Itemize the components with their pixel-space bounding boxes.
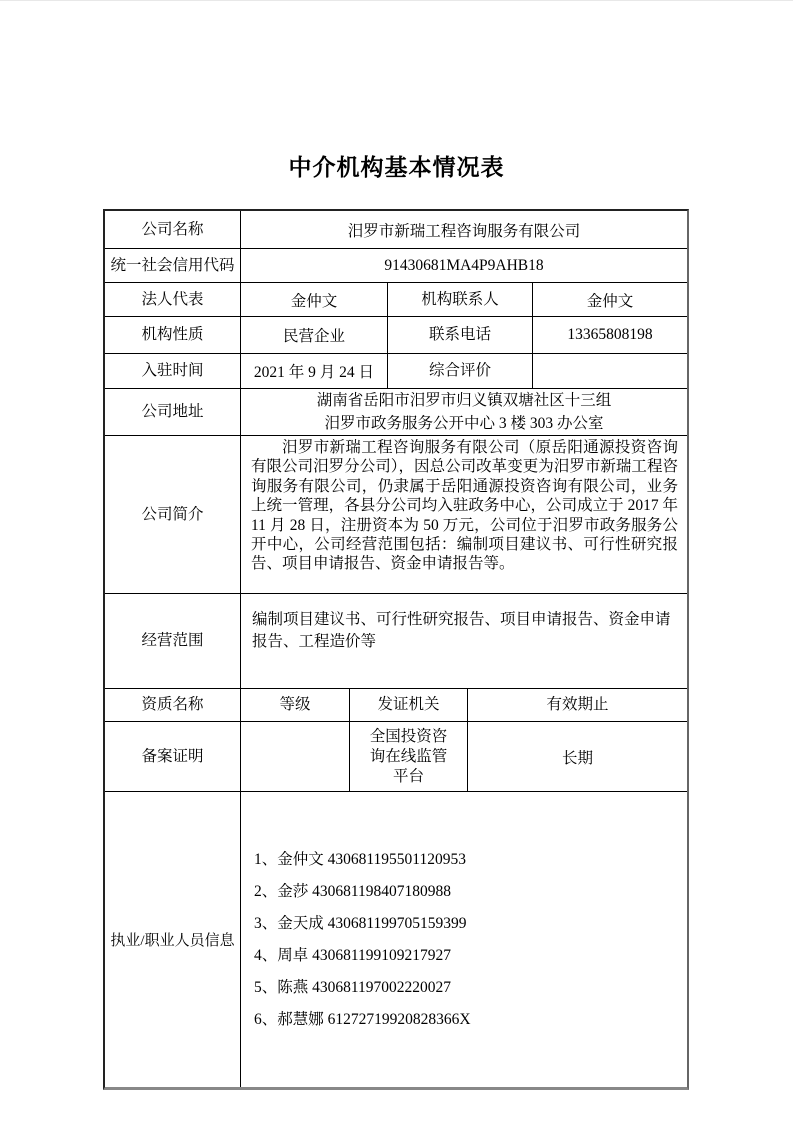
credit-code-label: 统一社会信用代码	[105, 249, 240, 282]
phone-label: 联系电话	[387, 317, 532, 353]
document-page: 中介机构基本情况表 公司名称 汨罗市新瑞工程咨询服务有限公司 统一社会信用代码 …	[0, 0, 793, 1122]
legal-rep-label: 法人代表	[105, 283, 240, 316]
company-name-value: 汨罗市新瑞工程咨询服务有限公司	[240, 211, 687, 248]
table-row-org-nature: 机构性质 民营企业 联系电话 13365808198	[105, 316, 687, 353]
entry-date-value: 2021 年 9 月 24 日	[240, 354, 387, 388]
record-cert-level	[240, 722, 349, 791]
table-row-company-name: 公司名称 汨罗市新瑞工程咨询服务有限公司	[105, 211, 687, 248]
entry-date-label: 入驻时间	[105, 354, 240, 388]
business-scope-label: 经营范围	[105, 594, 240, 688]
credit-code-value: 91430681MA4P9AHB18	[240, 249, 687, 282]
table-row-record-cert: 备案证明 全国投资咨询在线监管平台 长期	[105, 721, 687, 791]
personnel-label: 执业/职业人员信息	[105, 792, 240, 1087]
record-cert-valid-until: 长期	[467, 722, 687, 791]
contact-person-value: 金仲文	[532, 283, 687, 316]
table-row-profile: 公司简介 汨罗市新瑞工程咨询服务有限公司（原岳阳通源投资咨询有限公司汨罗分公司）…	[105, 435, 687, 593]
address-label: 公司地址	[105, 389, 240, 435]
table-row-entry-date: 入驻时间 2021 年 9 月 24 日 综合评价	[105, 353, 687, 388]
profile-value: 汨罗市新瑞工程咨询服务有限公司（原岳阳通源投资咨询有限公司汨罗分公司），因总公司…	[240, 436, 687, 593]
personnel-item: 4、周卓 430681199109217927	[254, 946, 451, 965]
qualification-level-header: 等级	[240, 689, 349, 721]
profile-label: 公司简介	[105, 436, 240, 593]
personnel-item: 2、金莎 430681198407180988	[254, 882, 451, 901]
contact-person-label: 机构联系人	[387, 283, 532, 316]
table-row-credit-code: 统一社会信用代码 91430681MA4P9AHB18	[105, 248, 687, 282]
personnel-item: 1、金仲文 430681195501120953	[254, 850, 466, 869]
evaluation-label: 综合评价	[387, 354, 532, 388]
qualification-issuer-header: 发证机关	[349, 689, 467, 721]
qualification-name-header: 资质名称	[105, 689, 240, 721]
record-cert-label: 备案证明	[105, 722, 240, 791]
info-table: 公司名称 汨罗市新瑞工程咨询服务有限公司 统一社会信用代码 91430681MA…	[103, 209, 689, 1090]
org-nature-value: 民营企业	[240, 317, 387, 353]
table-row-address: 公司地址 湖南省岳阳市汨罗市归义镇双塘社区十三组 汨罗市政务服务公开中心 3 楼…	[105, 388, 687, 435]
evaluation-value	[532, 354, 687, 388]
legal-rep-value: 金仲文	[240, 283, 387, 316]
personnel-item: 3、金天成 430681199705159399	[254, 914, 467, 933]
personnel-list: 1、金仲文 430681195501120953 2、金莎 4306811984…	[240, 792, 687, 1087]
table-row-business-scope: 经营范围 编制项目建议书、可行性研究报告、项目申请报告、资金申请报告、工程造价等	[105, 593, 687, 688]
page-title: 中介机构基本情况表	[0, 149, 793, 185]
table-row-personnel: 执业/职业人员信息 1、金仲文 430681195501120953 2、金莎 …	[105, 791, 687, 1087]
address-value: 湖南省岳阳市汨罗市归义镇双塘社区十三组 汨罗市政务服务公开中心 3 楼 303 …	[240, 389, 687, 435]
qualification-valid-header: 有效期止	[467, 689, 687, 721]
personnel-item: 6、郝慧娜 61272719920828366X	[254, 1010, 471, 1029]
table-row-legal-rep: 法人代表 金仲文 机构联系人 金仲文	[105, 282, 687, 316]
business-scope-value: 编制项目建议书、可行性研究报告、项目申请报告、资金申请报告、工程造价等	[240, 594, 687, 688]
personnel-item: 5、陈燕 430681197002220027	[254, 978, 451, 997]
record-cert-issuer: 全国投资咨询在线监管平台	[349, 722, 467, 791]
org-nature-label: 机构性质	[105, 317, 240, 353]
phone-value: 13365808198	[532, 317, 687, 353]
company-name-label: 公司名称	[105, 211, 240, 248]
table-row-qualification-header: 资质名称 等级 发证机关 有效期止	[105, 688, 687, 721]
